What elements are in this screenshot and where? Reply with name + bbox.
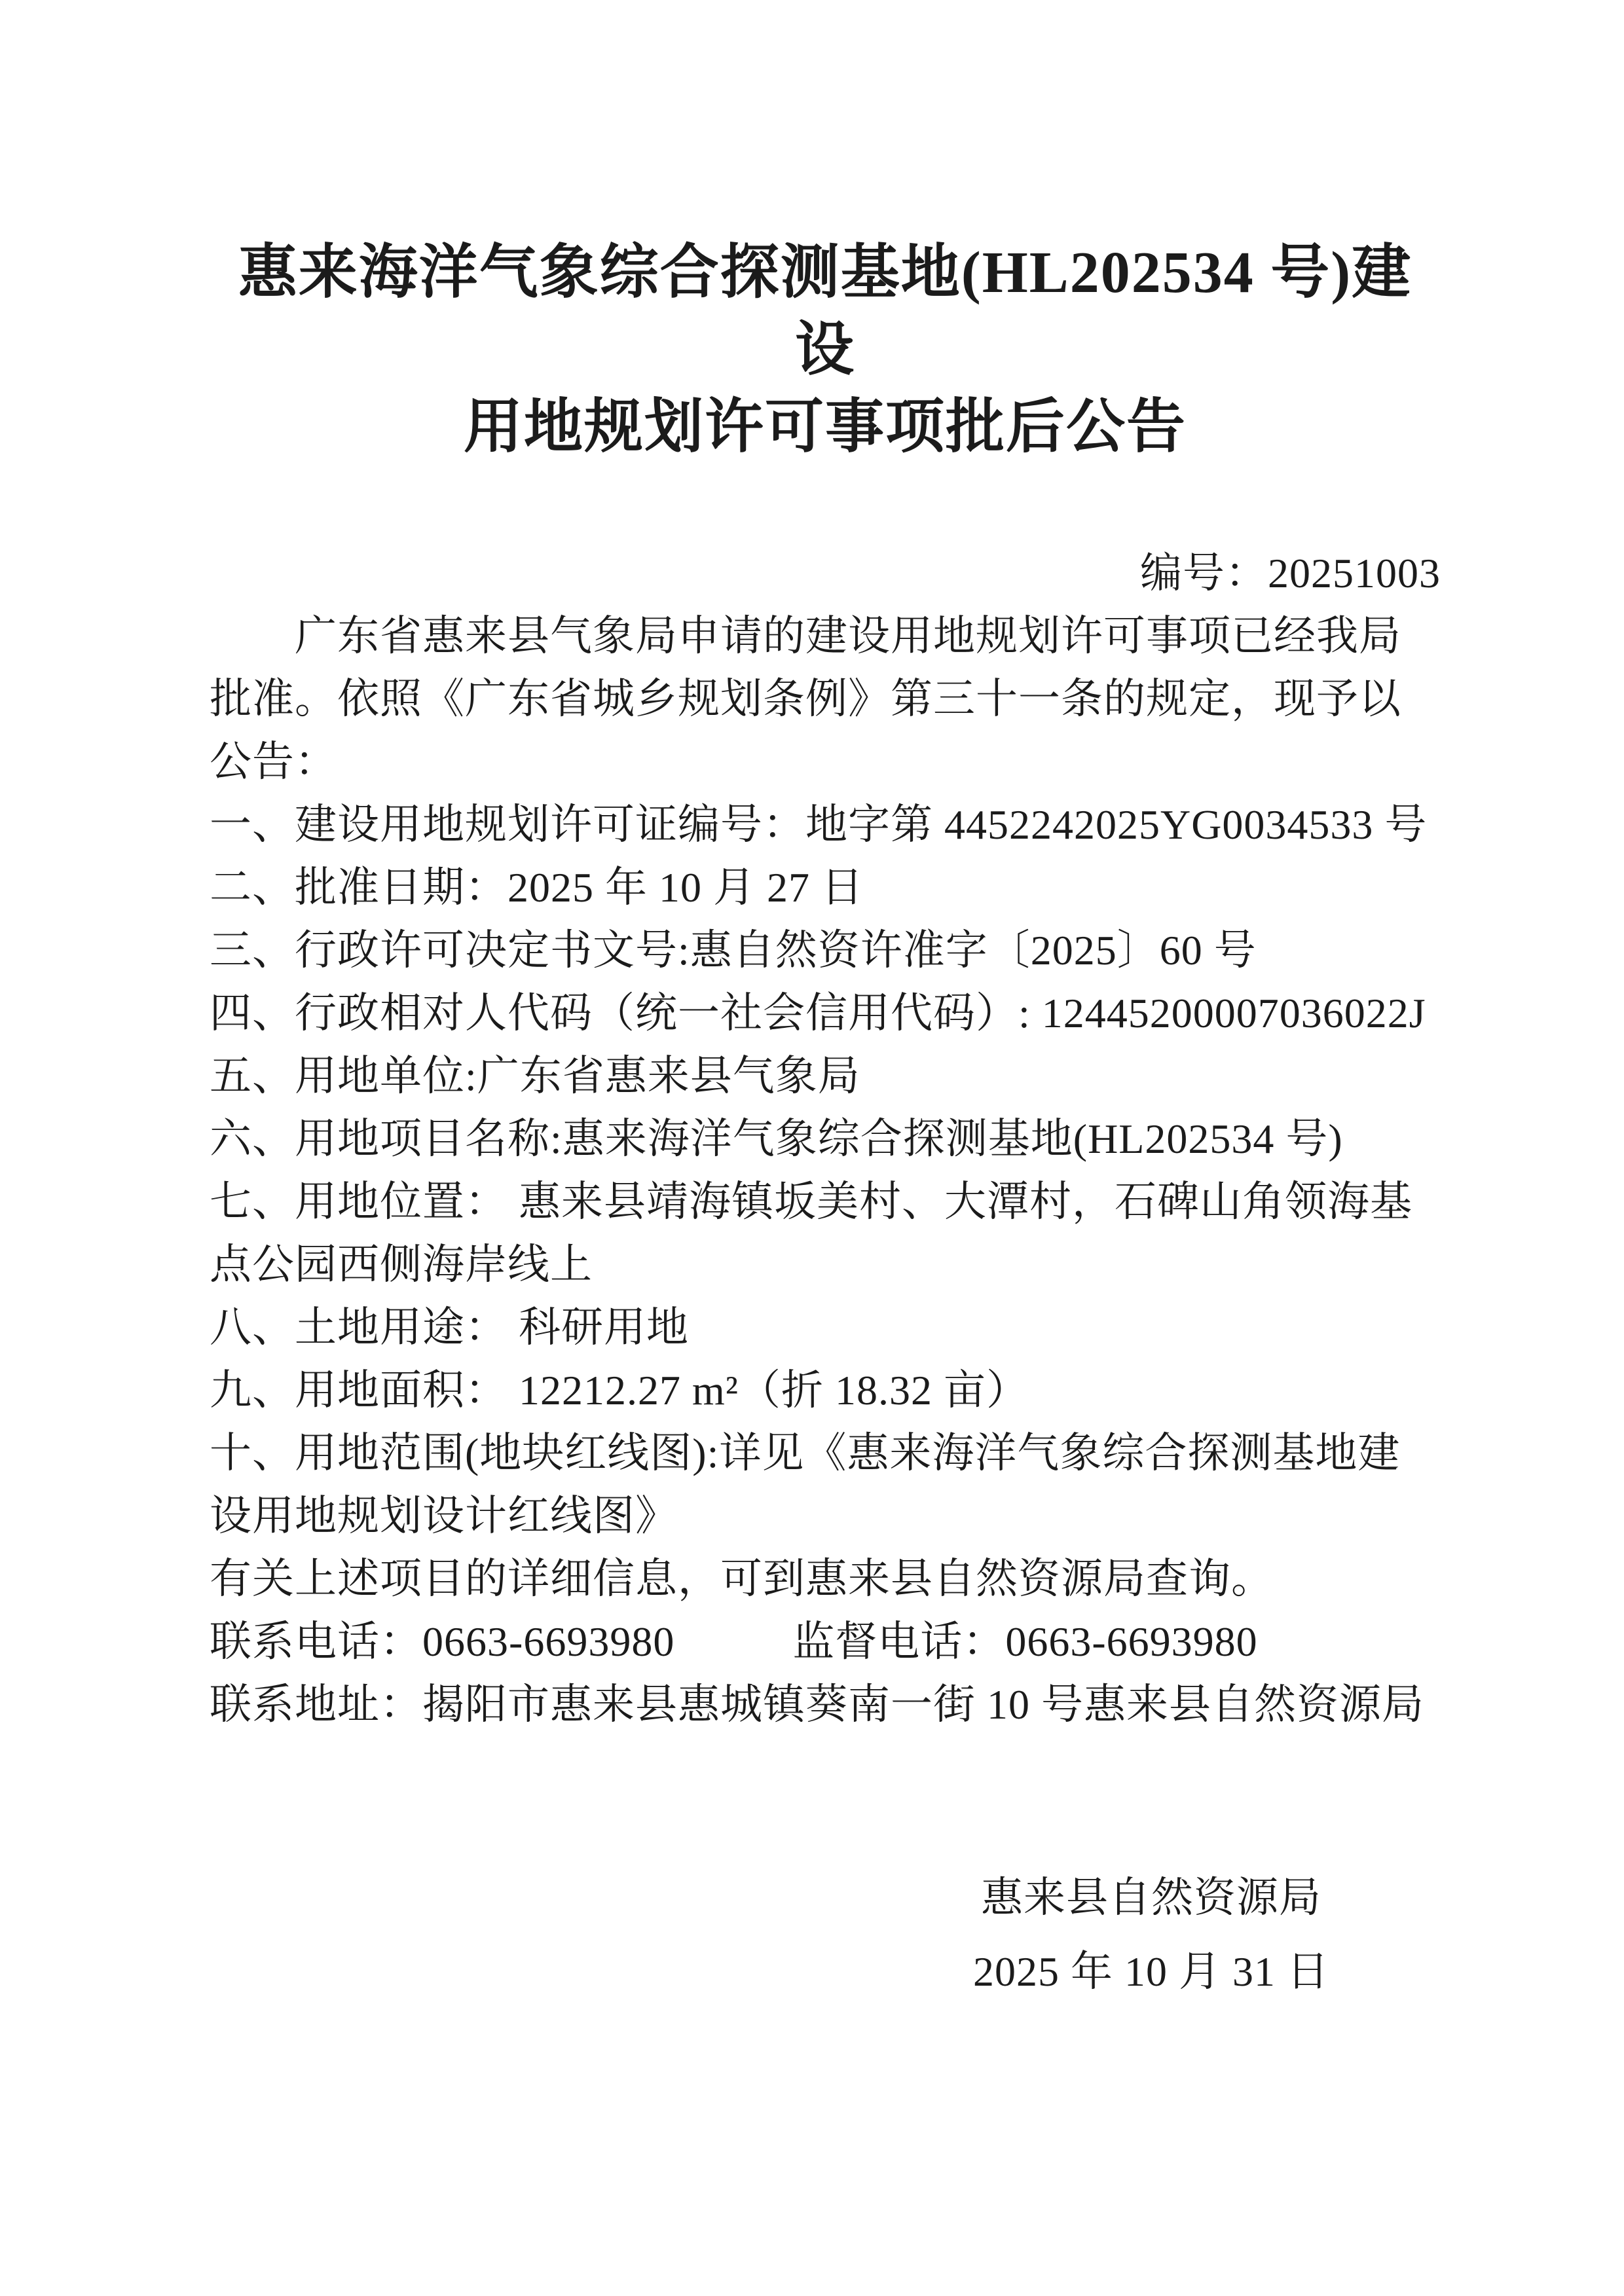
announcement-item: 九、用地面积： 12212.27 m²（折 18.32 亩） (210, 1359, 1441, 1422)
announcement-item: 二、批准日期：2025 年 10 月 27 日 (210, 856, 1441, 919)
signature-block: 惠来县自然资源局 2025 年 10 月 31 日 (973, 1861, 1329, 2009)
announcement-item: 十、用地范围(地块红线图):详见《惠来海洋气象综合探测基地建设用地规划设计红线图… (210, 1422, 1441, 1548)
page-title-line-1: 惠来海洋气象综合探测基地(HL202534 号)建设 (210, 234, 1441, 389)
announcement-item: 一、建设用地规划许可证编号：地字第 4452242025YG0034533 号 (210, 793, 1441, 856)
announcement-items: 一、建设用地规划许可证编号：地字第 4452242025YG0034533 号二… (210, 793, 1441, 1548)
announcement-item: 三、行政许可决定书文号:惠自然资许准字〔2025〕60 号 (210, 919, 1441, 982)
announcement-item: 八、土地用途： 科研用地 (210, 1296, 1441, 1359)
intro-paragraph: 广东省惠来县气象局申请的建设用地规划许可事项已经我局批准。依照《广东省城乡规划条… (210, 605, 1441, 793)
announcement-item: 七、用地位置： 惠来县靖海镇坂美村、大潭村，石碑山角领海基点公园西侧海岸线上 (210, 1171, 1441, 1296)
announcement-item: 五、用地单位:广东省惠来县气象局 (210, 1045, 1441, 1108)
announcement-page: 惠来海洋气象综合探测基地(HL202534 号)建设 用地规划许可事项批后公告 … (0, 0, 1624, 2296)
contact-address-line: 联系地址：揭阳市惠来县惠城镇葵南一街 10 号惠来县自然资源局 (210, 1673, 1441, 1736)
page-title: 惠来海洋气象综合探测基地(HL202534 号)建设 用地规划许可事项批后公告 (210, 234, 1441, 466)
contact-phone-value: 0663-6693980 (422, 1618, 674, 1665)
signature-date: 2025 年 10 月 31 日 (973, 1935, 1329, 2009)
announcement-item: 六、用地项目名称:惠来海洋气象综合探测基地(HL202534 号) (210, 1108, 1441, 1171)
supervision-phone-value: 0663-6693980 (1005, 1618, 1257, 1665)
contact-phone-label: 联系电话： (210, 1618, 422, 1665)
contact-phone-line: 联系电话：0663-6693980监督电话：0663-6693980 (210, 1611, 1441, 1673)
doc-number: 编号：20251003 (210, 542, 1441, 605)
signature-org: 惠来县自然资源局 (973, 1861, 1329, 1935)
supervision-phone-label: 监督电话： (792, 1618, 1005, 1665)
page-title-line-2: 用地规划许可事项批后公告 (210, 389, 1441, 466)
announcement-item: 四、行政相对人代码（统一社会信用代码）: 12445200007036022J (210, 982, 1441, 1045)
info-line: 有关上述项目的详细信息，可到惠来县自然资源局查询。 (210, 1548, 1441, 1611)
